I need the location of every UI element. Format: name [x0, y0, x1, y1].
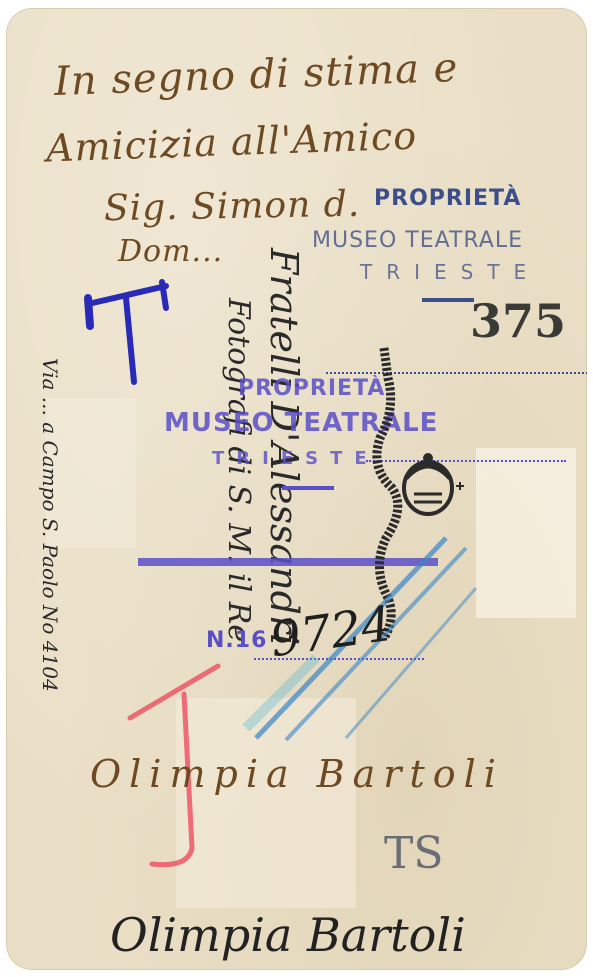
dedication-line-1: In segno di stima e [53, 45, 459, 105]
dedication-line-3: Sig. Simon d. [104, 184, 361, 229]
dedication-line-4: Dom... [118, 234, 223, 269]
museum-stamp-middle-line1: PROPRIETÀ [238, 376, 385, 401]
museum-stamp-top-rule [422, 298, 474, 302]
photographer-address: Via ... a Campo S. Paolo No 4104 [38, 358, 62, 692]
museum-stamp-middle-prefix-text: N. [206, 628, 235, 653]
photograph-back: In segno di stima e Amicizia all'Amico S… [6, 8, 587, 970]
signature-name: Olimpia Bartoli [110, 908, 466, 962]
museum-stamp-middle-line3: TRIESTE [212, 448, 379, 469]
faded-patch [476, 448, 576, 618]
handwritten-name-brown: Olimpia Bartoli [90, 752, 504, 796]
blue-pencil-t-mark [82, 276, 182, 396]
inventory-number-375: 375 [470, 294, 566, 348]
museum-stamp-top-line3: TRIESTE [360, 260, 540, 284]
dedication-line-2: Amicizia all'Amico [45, 114, 417, 171]
museum-stamp-middle-rule [282, 486, 334, 490]
museum-stamp-top-line1: PROPRIETÀ [374, 186, 521, 211]
pencil-initials: TS [384, 828, 444, 879]
museum-stamp-top-line2: MUSEO TEATRALE [312, 228, 523, 253]
